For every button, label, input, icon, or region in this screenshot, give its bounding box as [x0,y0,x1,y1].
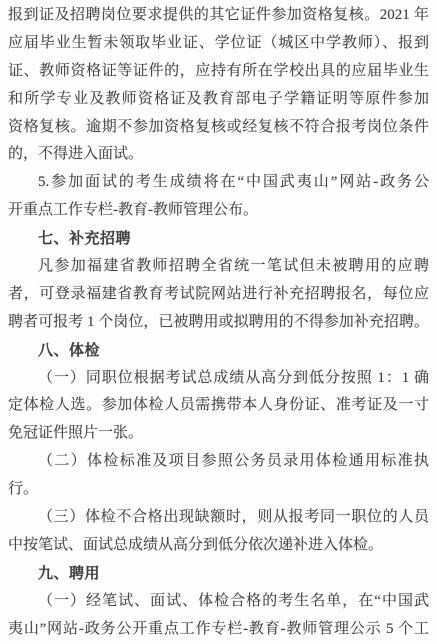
text-line: 的，不得进入面试。 [8,141,429,169]
text-line: 开重点工作专栏-教育-教师管理公布。 [8,197,429,225]
text-line: 和所学专业及教师资格证及教育部电子学籍证明等原件参加 [8,86,429,114]
section-heading: 九、聘用 [8,560,429,588]
text-line: 中按笔试、面试总成绩从高分到低分依次递补进入体检。 [8,532,429,560]
document-page: 报到证及招聘岗位要求提供的其它证件参加资格复核。2021 年 应届毕业生暂未领取… [0,0,437,644]
text-line: （一）经笔试、面试、体检合格的考生名单，在“中国武 [8,588,429,616]
text-line: （一）同职位根据考试总成绩从高分到低分按照 1：1 确 [8,365,429,393]
text-line: 免冠证件照片一张。 [8,420,429,448]
text-line: 夷山”网站-政务公开重点工作专栏-教育-教师管理公示 5 个工 [8,616,429,644]
text-line: 凡参加福建省教师招聘全省统一笔试但未被聘用的应聘 [8,253,429,281]
text-line: 5.参加面试的考生成绩将在“中国武夷山”网站-政务公 [8,169,429,197]
text-line: 证、教师资格证等证件的，应持有所在学校出具的应届毕业生 [8,58,429,86]
section-heading: 八、体检 [8,337,429,365]
text-line: 资格复核。逾期不参加资格复核或经复核不符合报考岗位条件 [8,114,429,142]
text-line: （三）体检不合格出现缺额时，则从报考同一职位的人员 [8,504,429,532]
text-line: 定体检人选。参加体检人员需携带本人身份证、准考证及一寸 [8,392,429,420]
text-line: 行。 [8,476,429,504]
text-line: 报到证及招聘岗位要求提供的其它证件参加资格复核。2021 年 [8,2,429,30]
text-line: 应届毕业生暂未领取毕业证、学位证（城区中学教师）、报到 [8,30,429,58]
text-line: 者，可登录福建省教育考试院网站进行补充招聘报名，每位应 [8,281,429,309]
text-line: 聘者可报考 1 个岗位，已被聘用或拟聘用的不得参加补充招聘。 [8,309,429,337]
section-heading: 七、补充招聘 [8,225,429,253]
text-line: （二）体检标准及项目参照公务员录用体检通用标准执 [8,448,429,476]
